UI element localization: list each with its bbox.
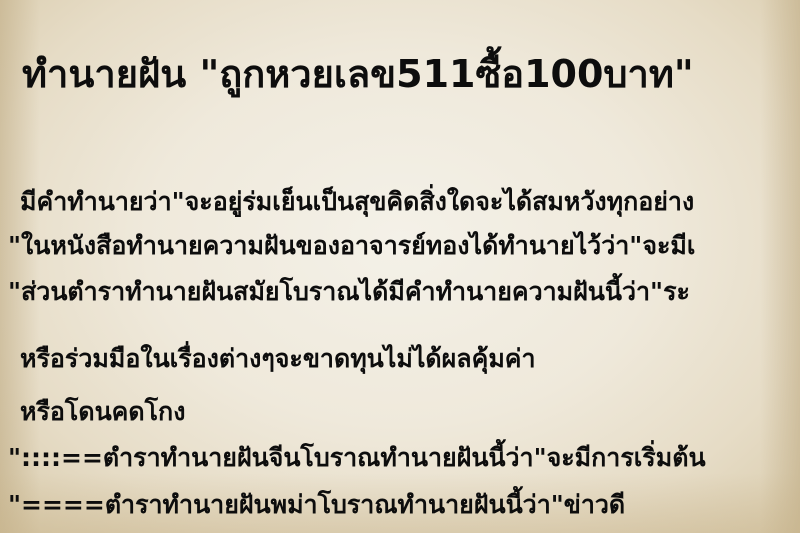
text-line-2: "ในหนังสือทำนายความฝันของอาจารย์ทองได้ทำ…	[8, 226, 695, 266]
text-line-7: "====ตำราทำนายฝันพม่าโบราณทำนายฝันนี้ว่า…	[8, 485, 625, 525]
text-line-3: "ส่วนตำราทำนายฝันสมัยโบราณได้มีคำทำนายคว…	[8, 272, 690, 312]
text-line-1: มีคำทำนายว่า"จะอยู่ร่มเย็นเป็นสุขคิดสิ่ง…	[20, 182, 694, 222]
parchment-edge-right	[760, 0, 800, 533]
text-line-6: "::::==ตำราทำนายฝันจีนโบราณทำนายฝันนี้ว่…	[8, 438, 706, 478]
text-line-5: หรือโดนคดโกง	[20, 392, 185, 432]
text-line-4: หรือร่วมมือในเรื่องต่างๆจะขาดทุนไม่ได้ผล…	[20, 339, 536, 379]
page-title: ทำนายฝัน "ถูกหวยเลข511ซื้อ100บาท"	[22, 43, 694, 104]
